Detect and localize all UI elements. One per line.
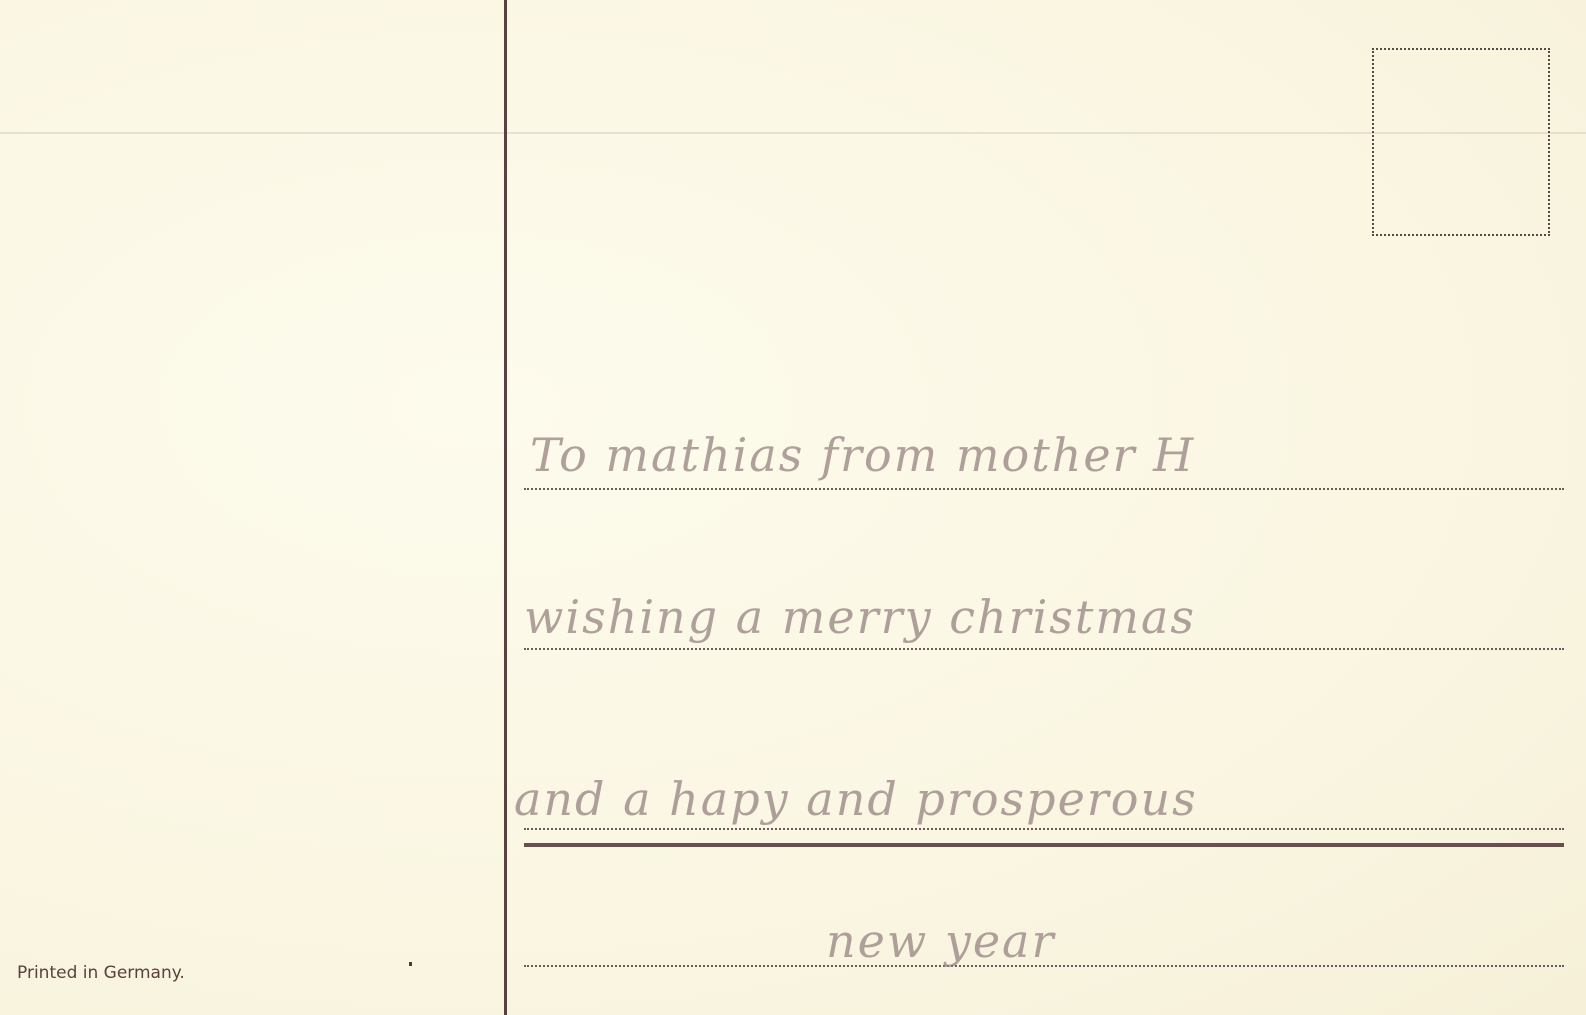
ink-speck <box>409 962 412 966</box>
printed-in-germany-imprint: Printed in Germany. <box>17 963 185 983</box>
stamp-placement-box <box>1372 48 1550 236</box>
fold-crease <box>0 132 1586 134</box>
postcard-back: To mathias from mother H wishing a merry… <box>0 0 1586 1015</box>
center-divider-line <box>504 0 507 1015</box>
handwritten-line-1: To mathias from mother H <box>530 428 1195 482</box>
address-solid-rule <box>524 843 1564 847</box>
address-line-2 <box>524 648 1564 650</box>
handwritten-line-3: and a hapy and prosperous <box>514 772 1198 826</box>
handwritten-line-2: wishing a merry christmas <box>524 590 1196 644</box>
address-line-3 <box>524 828 1564 830</box>
address-line-1 <box>524 488 1564 490</box>
handwritten-line-4: new year <box>826 914 1055 968</box>
